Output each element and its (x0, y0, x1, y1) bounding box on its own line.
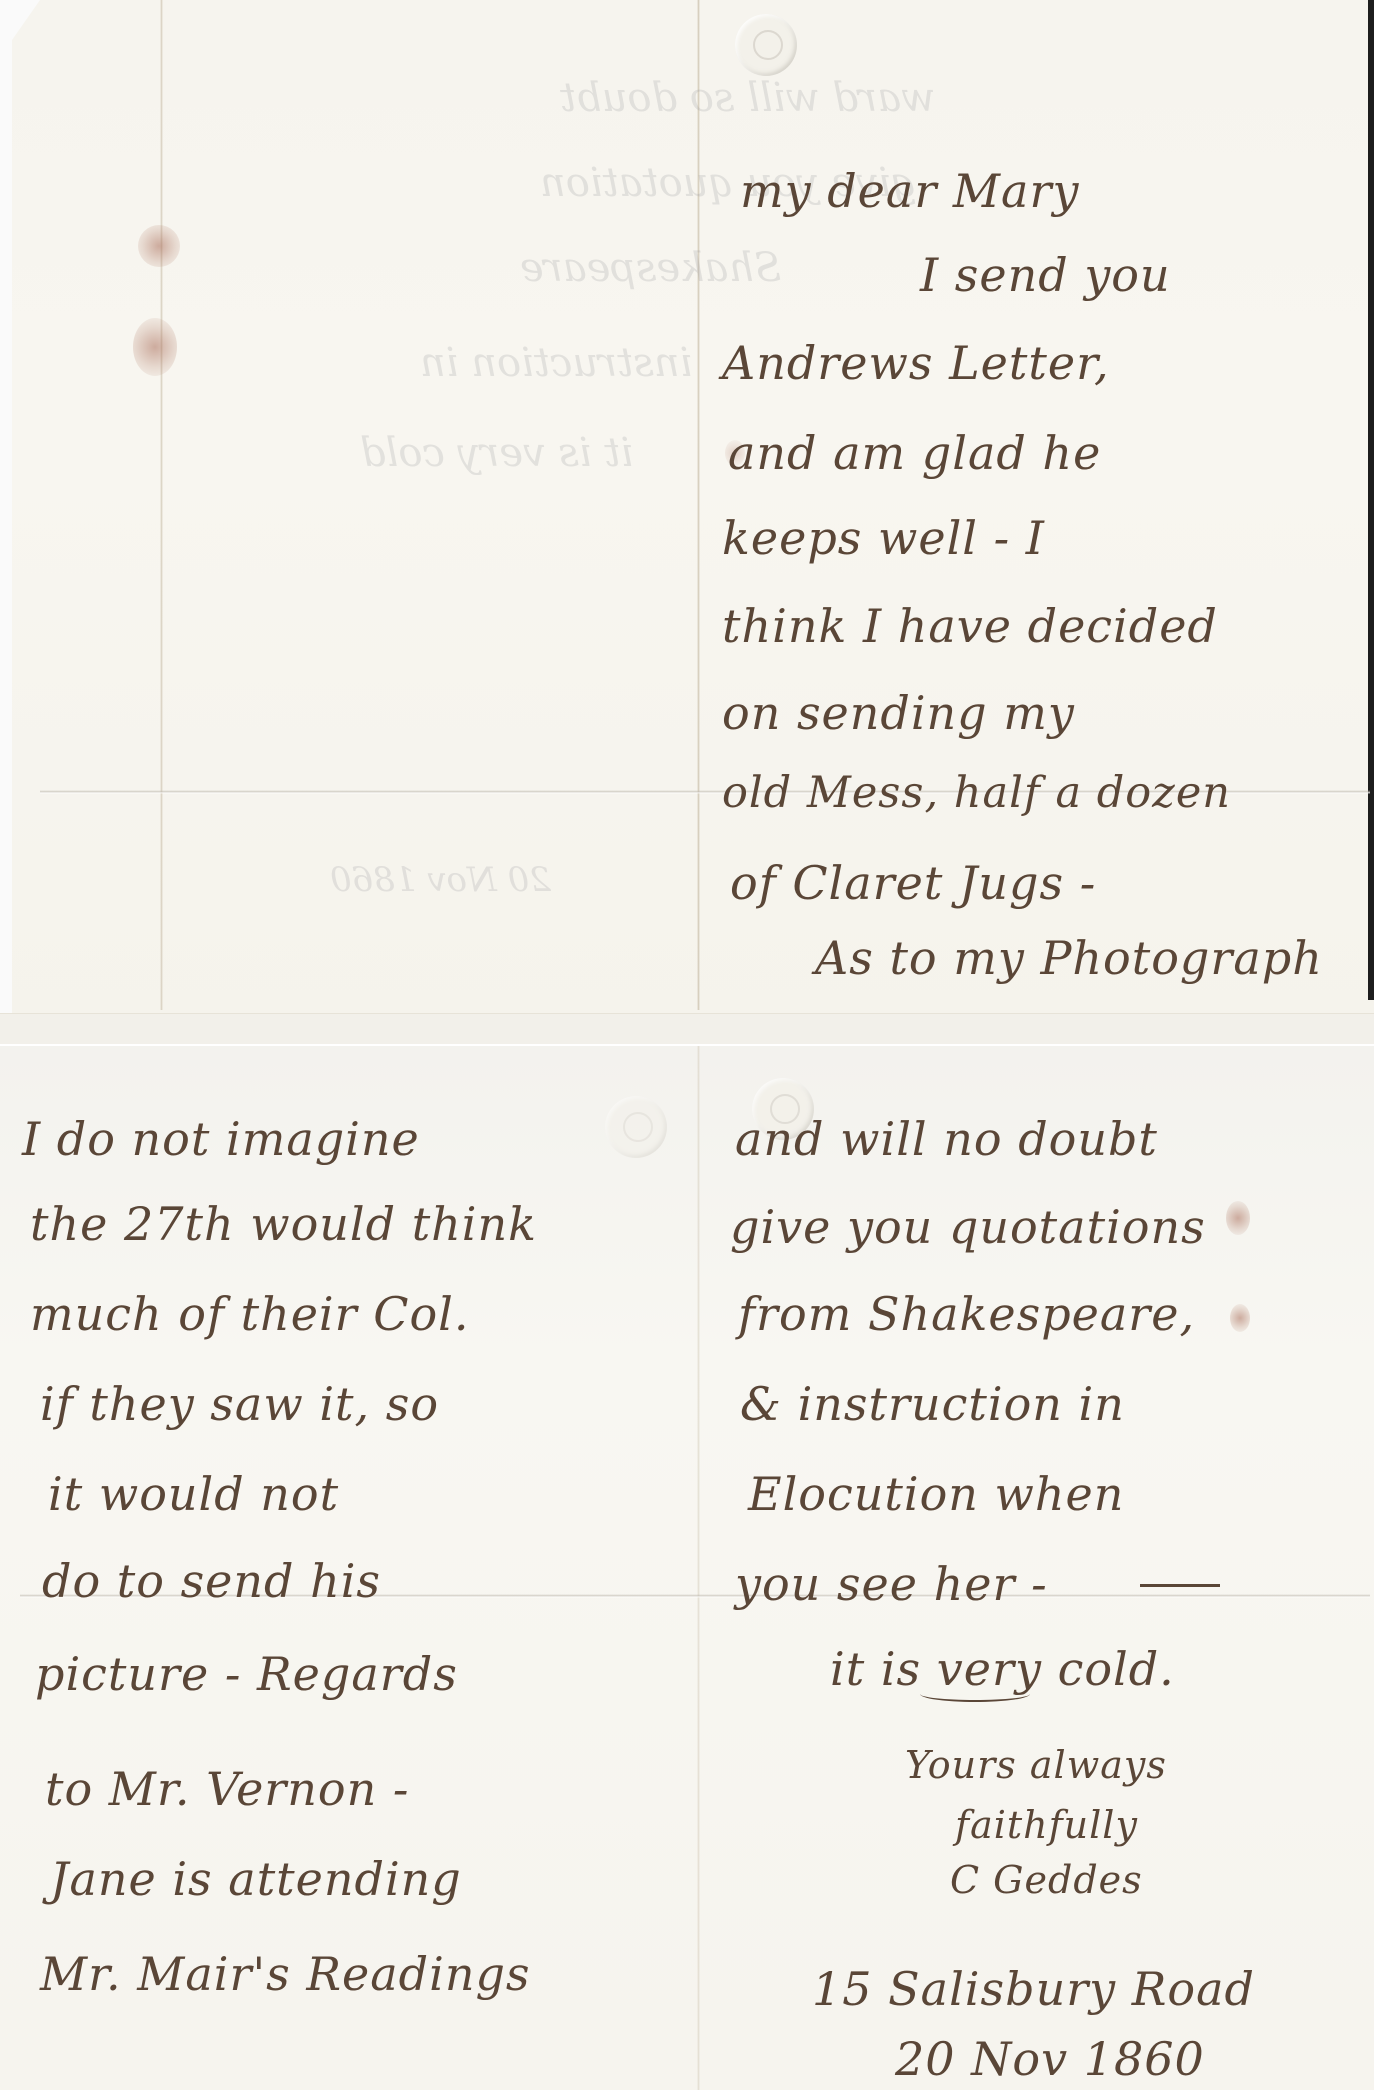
letter-line: picture - Regards (35, 1651, 458, 1697)
vertical-fold-center (697, 0, 700, 1010)
letter-line: old Mess, half a dozen (722, 772, 1231, 815)
letter-line: think I have decided (722, 603, 1218, 649)
valediction: faithfully (955, 1806, 1138, 1844)
letter-line: it would not (48, 1471, 339, 1517)
letter-line: of Claret Jugs - (730, 860, 1096, 906)
show-through-text: 20 Nov 1860 (330, 860, 551, 900)
letter-line: keeps well - I (722, 515, 1045, 561)
letter-line: give you quotations (730, 1204, 1206, 1250)
underline-mark (920, 1686, 1030, 1702)
salutation: my dear Mary (740, 168, 1079, 214)
show-through-text: Shakespeare (520, 245, 781, 291)
vertical-fold-center (697, 1046, 700, 2090)
ink-stain (133, 318, 177, 376)
letter-line: you see her - (735, 1561, 1048, 1607)
letter-line: Mr. Mair's Readings (40, 1951, 531, 1997)
top-scan-panel: ward will so doubt give you quotation Sh… (0, 0, 1374, 1046)
embossed-seal-icon (735, 14, 797, 76)
ink-stain (1230, 1304, 1250, 1332)
paper-corner (0, 0, 40, 40)
letter-line: Jane is attending (50, 1856, 462, 1902)
show-through-text: instruction in (420, 340, 692, 386)
ink-stain (138, 225, 180, 267)
letter-line: Andrews Letter, (722, 340, 1110, 386)
signature: C Geddes (950, 1861, 1143, 1899)
letter-line: and will no doubt (735, 1116, 1158, 1162)
letter-line: the 27th would think (30, 1201, 537, 1247)
letter-line: if they saw it, so (40, 1381, 439, 1427)
sender-address: 15 Salisbury Road (812, 1966, 1255, 2012)
letter-line: and am glad he (728, 430, 1101, 476)
strike-through (1140, 1584, 1220, 1587)
scan-margin (0, 0, 12, 1046)
letter-line: much of their Col. (30, 1291, 469, 1337)
bottom-scan-panel: I do not imagine the 27th would think mu… (0, 1046, 1374, 2090)
letter-line: I do not imagine (22, 1116, 420, 1162)
letter-line: on sending my (722, 690, 1075, 736)
letter-line: do to send his (42, 1558, 381, 1604)
letter-line: Elocution when (748, 1471, 1124, 1517)
letter-line: from Shakespeare, (738, 1291, 1195, 1337)
scanner-edge (1368, 0, 1374, 1000)
letter-line: to Mr. Vernon - (45, 1766, 409, 1812)
show-through-text: ward will so doubt (560, 75, 935, 121)
scan-bottom-border (0, 1013, 1374, 1046)
letter-line: & instruction in (740, 1381, 1125, 1427)
embossed-seal-icon (605, 1096, 667, 1158)
letter-line: As to my Photograph (815, 935, 1323, 981)
ink-stain (1226, 1201, 1250, 1235)
letter-line: I send you (920, 252, 1171, 298)
vertical-fold-left (160, 0, 163, 1010)
show-through-text: it is very cold (360, 430, 633, 476)
valediction: Yours always (905, 1746, 1167, 1784)
letter-date: 20 Nov 1860 (895, 2036, 1205, 2082)
